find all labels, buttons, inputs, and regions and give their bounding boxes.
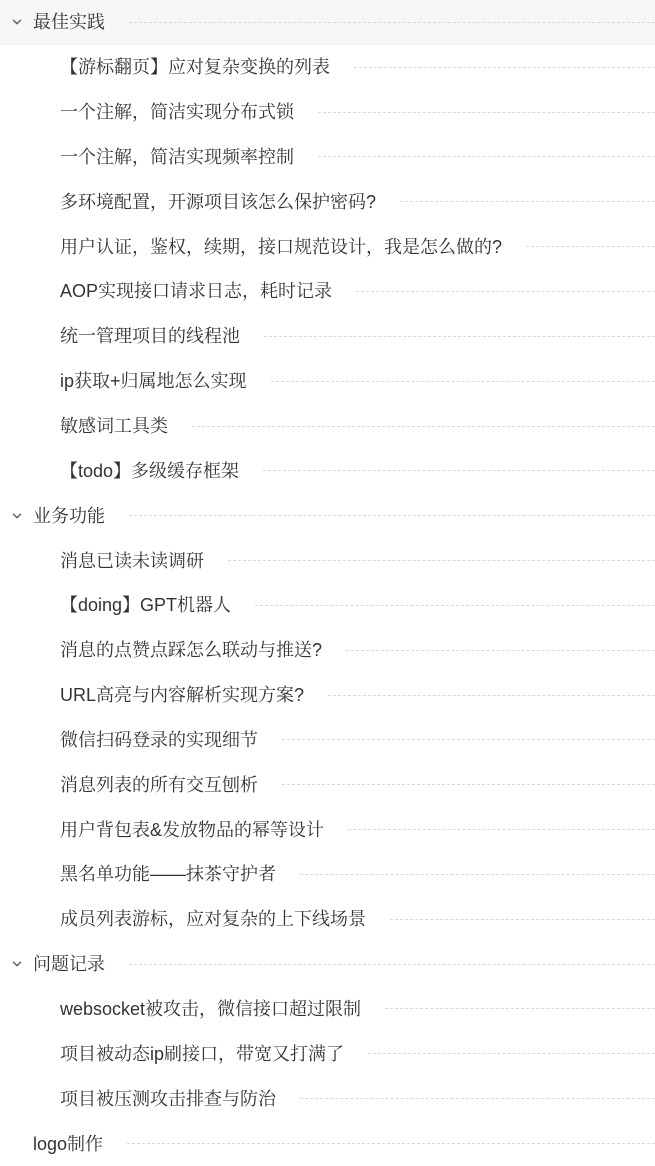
dashed-leader-line [356, 291, 655, 292]
dashed-leader-line [129, 964, 655, 965]
dashed-leader-line [255, 605, 655, 606]
item-label: URL高亮与内容解析实现方案? [60, 686, 304, 704]
toc-tree: 最佳实践【游标翻页】应对复杂变换的列表一个注解，简洁实现分布式锁一个注解，简洁实… [0, 0, 655, 1166]
item-label: 一个注解，简洁实现频率控制 [60, 148, 294, 166]
item-label: 用户认证，鉴权，续期，接口规范设计，我是怎么做的? [60, 238, 502, 256]
tree-item-row[interactable]: 敏感词工具类 [0, 404, 655, 449]
dashed-leader-line [282, 784, 655, 785]
dashed-leader-line [129, 22, 655, 23]
item-label: 【doing】GPT机器人 [60, 596, 231, 614]
tree-item-row[interactable]: 【doing】GPT机器人 [0, 583, 655, 628]
tree-item-row[interactable]: 多环境配置，开源项目该怎么保护密码? [0, 179, 655, 224]
dashed-leader-line [300, 1098, 655, 1099]
dashed-leader-line [526, 246, 655, 247]
chevron-down-icon[interactable] [9, 957, 24, 972]
tree-item-row[interactable]: ip获取+归属地怎么实现 [0, 359, 655, 404]
tree-item-row[interactable]: 成员列表游标，应对复杂的上下线场景 [0, 897, 655, 942]
item-label: 【游标翻页】应对复杂变换的列表 [60, 58, 330, 76]
chevron-down-icon[interactable] [9, 508, 24, 523]
tree-item-row[interactable]: 【游标翻页】应对复杂变换的列表 [0, 45, 655, 90]
dashed-leader-line [192, 426, 655, 427]
item-label: 项目被动态ip刷接口，带宽又打满了 [60, 1045, 344, 1063]
tree-item-row[interactable]: 项目被动态ip刷接口，带宽又打满了 [0, 1031, 655, 1076]
tree-item-row[interactable]: 一个注解，简洁实现分布式锁 [0, 90, 655, 135]
item-label: 一个注解，简洁实现分布式锁 [60, 103, 294, 121]
dashed-leader-line [348, 829, 655, 830]
dashed-leader-line [400, 201, 655, 202]
tree-item-row[interactable]: 统一管理项目的线程池 [0, 314, 655, 359]
item-label: 微信扫码登录的实现细节 [60, 731, 258, 749]
section-label: 业务功能 [33, 507, 105, 525]
tree-item-row[interactable]: 一个注解，简洁实现频率控制 [0, 135, 655, 180]
tree-item-row[interactable]: AOP实现接口请求日志，耗时记录 [0, 269, 655, 314]
item-label: 消息已读未读调研 [60, 552, 204, 570]
dashed-leader-line [368, 1053, 655, 1054]
tree-leaf-row[interactable]: logo制作 [0, 1121, 655, 1166]
item-label: AOP实现接口请求日志，耗时记录 [60, 282, 332, 300]
chevron-down-icon[interactable] [9, 15, 24, 30]
item-label: 统一管理项目的线程池 [60, 327, 240, 345]
dashed-leader-line [282, 739, 655, 740]
tree-item-row[interactable]: websocket被攻击，微信接口超过限制 [0, 987, 655, 1032]
dashed-leader-line [264, 336, 655, 337]
section-label: 最佳实践 [33, 13, 105, 31]
section-label: logo制作 [33, 1135, 103, 1153]
item-label: websocket被攻击，微信接口超过限制 [60, 1000, 361, 1018]
item-label: 多环境配置，开源项目该怎么保护密码? [60, 193, 376, 211]
item-label: 消息的点赞点踩怎么联动与推送? [60, 641, 322, 659]
dashed-leader-line [263, 470, 655, 471]
tree-item-row[interactable]: 【todo】多级缓存框架 [0, 448, 655, 493]
tree-item-row[interactable]: 消息列表的所有交互刨析 [0, 762, 655, 807]
tree-item-row[interactable]: 黑名单功能——抹茶守护者 [0, 852, 655, 897]
tree-section-row[interactable]: 最佳实践 [0, 0, 655, 45]
tree-section-row[interactable]: 问题记录 [0, 942, 655, 987]
item-label: 消息列表的所有交互刨析 [60, 776, 258, 794]
dashed-leader-line [346, 650, 655, 651]
dashed-leader-line [228, 560, 655, 561]
tree-item-row[interactable]: 项目被压测攻击排查与防治 [0, 1076, 655, 1121]
tree-item-row[interactable]: 消息的点赞点踩怎么联动与推送? [0, 628, 655, 673]
dashed-leader-line [300, 874, 655, 875]
section-label: 问题记录 [33, 955, 105, 973]
tree-item-row[interactable]: 消息已读未读调研 [0, 538, 655, 583]
dashed-leader-line [328, 695, 655, 696]
tree-item-row[interactable]: 用户认证，鉴权，续期，接口规范设计，我是怎么做的? [0, 224, 655, 269]
dashed-leader-line [129, 515, 655, 516]
item-label: 成员列表游标，应对复杂的上下线场景 [60, 910, 366, 928]
dashed-leader-line [390, 919, 655, 920]
item-label: 用户背包表&发放物品的幂等设计 [60, 821, 324, 839]
dashed-leader-line [354, 67, 655, 68]
item-label: 【todo】多级缓存框架 [60, 462, 239, 480]
item-label: 敏感词工具类 [60, 417, 168, 435]
item-label: ip获取+归属地怎么实现 [60, 372, 247, 390]
tree-item-row[interactable]: 用户背包表&发放物品的幂等设计 [0, 807, 655, 852]
dashed-leader-line [271, 381, 655, 382]
dashed-leader-line [385, 1008, 655, 1009]
tree-item-row[interactable]: URL高亮与内容解析实现方案? [0, 673, 655, 718]
item-label: 黑名单功能——抹茶守护者 [60, 865, 276, 883]
dashed-leader-line [318, 112, 655, 113]
dashed-leader-line [127, 1143, 655, 1144]
dashed-leader-line [318, 156, 655, 157]
tree-item-row[interactable]: 微信扫码登录的实现细节 [0, 718, 655, 763]
tree-section-row[interactable]: 业务功能 [0, 493, 655, 538]
item-label: 项目被压测攻击排查与防治 [60, 1090, 276, 1108]
